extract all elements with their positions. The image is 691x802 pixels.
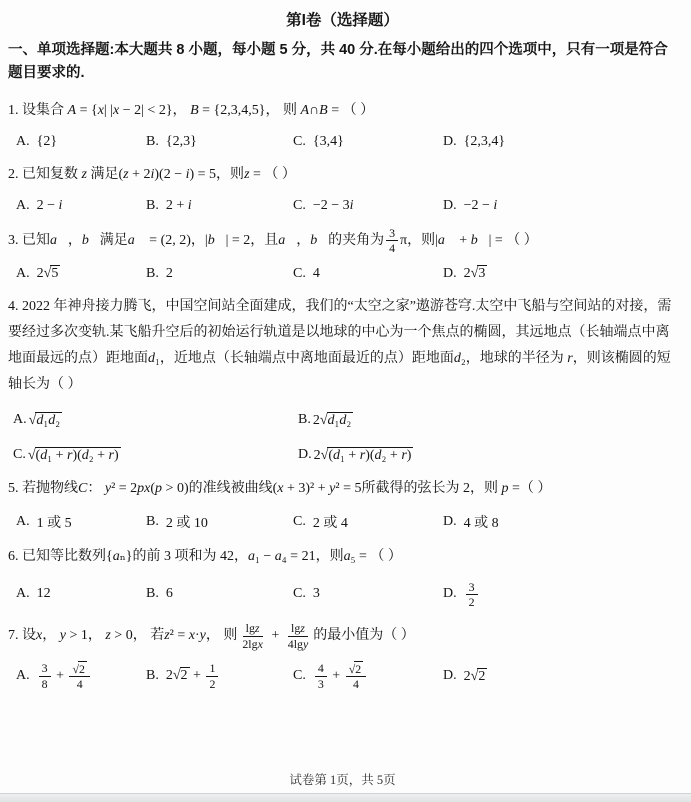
option-value: 2√2 + 12 bbox=[166, 661, 221, 691]
option-b: B.{2,3} bbox=[146, 134, 293, 150]
option-d: D.−2 − i bbox=[443, 198, 677, 214]
option-value: −2 − 3i bbox=[313, 198, 354, 214]
question-6: 6. 已知等比数列{aₙ}的前 3 项和为 42，a₁ − a₄ = 21，则a… bbox=[8, 532, 677, 609]
option-d: D.4 或 8 bbox=[443, 512, 677, 532]
option-label: A. bbox=[16, 514, 30, 530]
option-label: D. bbox=[298, 447, 312, 463]
option-label: D. bbox=[443, 134, 457, 150]
option-c: C.{3,4} bbox=[293, 134, 443, 150]
option-label: C. bbox=[293, 134, 306, 150]
question-5-stem: 5. 若抛物线C： y² = 2px(p > 0)的准线被曲线(x + 3)² … bbox=[8, 476, 677, 502]
question-7-options: A.38 + √24 B.2√2 + 12 C.43 + √24 D.2√2 bbox=[8, 661, 677, 692]
option-label: B. bbox=[146, 134, 159, 150]
option-label: B. bbox=[298, 412, 311, 428]
option-value: 3 bbox=[313, 586, 320, 602]
option-label: B. bbox=[146, 668, 159, 684]
question-2: 2. 已知复数 z 满足(z + 2i)(2 − i) = 5，则z = （ ）… bbox=[8, 150, 677, 214]
option-label: A. bbox=[16, 198, 30, 214]
option-a: A.12 bbox=[16, 586, 146, 602]
option-label: A. bbox=[16, 668, 30, 684]
option-label: C. bbox=[293, 514, 306, 530]
page-footer: 试卷第 1页，共 5页 bbox=[8, 770, 677, 793]
question-6-stem: 6. 已知等比数列{aₙ}的前 3 项和为 42，a₁ − a₄ = 21，则a… bbox=[8, 544, 677, 570]
option-value: 4 或 8 bbox=[464, 512, 499, 532]
option-value: 12 bbox=[37, 586, 51, 602]
option-label: B. bbox=[146, 266, 159, 282]
option-value: 2 或 10 bbox=[166, 512, 208, 532]
option-value: 2 或 4 bbox=[313, 512, 348, 532]
option-d: D.2√2 bbox=[443, 668, 677, 685]
question-3: 3. 已知a⃗，b⃗满足a⃗ = (2, 2)，|b⃗| = 2，且a⃗，b⃗的… bbox=[8, 214, 677, 283]
option-label: C. bbox=[293, 586, 306, 602]
option-value: 2√d₁d₂ bbox=[313, 412, 353, 429]
option-label: A. bbox=[16, 266, 30, 282]
option-label: C. bbox=[293, 668, 306, 684]
option-value: 2√(d₁ + r)(d₂ + r) bbox=[314, 447, 414, 464]
option-label: D. bbox=[443, 668, 457, 684]
question-3-options: A.2√5 B.2 C.4 D.2√3 bbox=[8, 265, 677, 282]
option-value: {2,3,4} bbox=[464, 134, 505, 150]
option-c: C.2 或 4 bbox=[293, 512, 443, 532]
question-5-options: A.1 或 5 B.2 或 10 C.2 或 4 D.4 或 8 bbox=[8, 512, 677, 532]
question-1-options: A.{2} B.{2,3} C.{3,4} D.{2,3,4} bbox=[8, 134, 677, 150]
option-value: {2} bbox=[37, 134, 57, 150]
question-7: 7. 设x， y > 1， z > 0， 若z² = x·y， 则lgz2lgx… bbox=[8, 609, 677, 691]
option-label: B. bbox=[146, 514, 159, 530]
option-value: 2 − i bbox=[37, 198, 63, 214]
option-c: C.−2 − 3i bbox=[293, 198, 443, 214]
option-d: D.2√3 bbox=[443, 265, 677, 282]
option-value: 2√2 bbox=[464, 668, 488, 685]
exam-page: 第I卷（选择题） 一、单项选择题:本大题共 8 小题，每小题 5 分，共 40 … bbox=[0, 0, 691, 793]
option-a: A.√d₁d₂ bbox=[13, 412, 298, 429]
option-value: −2 − i bbox=[464, 198, 498, 214]
option-label: A. bbox=[13, 412, 27, 428]
option-value: 4 bbox=[313, 266, 320, 282]
option-value: √(d₁ + r)(d₂ + r) bbox=[28, 447, 121, 464]
option-d: D.{2,3,4} bbox=[443, 134, 677, 150]
option-label: C. bbox=[293, 266, 306, 282]
option-b: B.2√d₁d₂ bbox=[298, 412, 677, 429]
option-value: 2 + i bbox=[166, 198, 192, 214]
option-value: {3,4} bbox=[313, 134, 344, 150]
question-4: 4. 2022 年神舟接力腾飞，中国空间站全面建成，我们的“太空之家”遨游苍穹.… bbox=[8, 282, 677, 464]
option-value: 43 + √24 bbox=[313, 661, 368, 692]
option-c: C.43 + √24 bbox=[293, 661, 443, 692]
option-label: B. bbox=[146, 198, 159, 214]
option-value: {2,3} bbox=[166, 134, 197, 150]
option-label: B. bbox=[146, 586, 159, 602]
option-a: A.{2} bbox=[16, 134, 146, 150]
option-value: 1 或 5 bbox=[37, 512, 72, 532]
option-value: 2√3 bbox=[464, 265, 488, 282]
question-1: 1. 设集合 A = {x| |x − 2| < 2}， B = {2,3,4,… bbox=[8, 86, 677, 150]
option-c: C.4 bbox=[293, 266, 443, 282]
option-label: A. bbox=[16, 586, 30, 602]
option-value: 32 bbox=[464, 580, 480, 610]
page-bottom-edge bbox=[0, 793, 691, 802]
question-2-stem: 2. 已知复数 z 满足(z + 2i)(2 − i) = 5，则z = （ ） bbox=[8, 162, 677, 188]
option-a: A.2 − i bbox=[16, 198, 146, 214]
question-3-stem: 3. 已知a⃗，b⃗满足a⃗ = (2, 2)，|b⃗| = 2，且a⃗，b⃗的… bbox=[8, 226, 677, 256]
page-title: 第I卷（选择题） bbox=[8, 8, 677, 30]
option-c: C.√(d₁ + r)(d₂ + r) bbox=[13, 447, 298, 464]
option-label: D. bbox=[443, 514, 457, 530]
question-1-stem: 1. 设集合 A = {x| |x − 2| < 2}， B = {2,3,4,… bbox=[8, 98, 677, 124]
option-d: D.2√(d₁ + r)(d₂ + r) bbox=[298, 447, 677, 464]
section-intro: 一、单项选择题:本大题共 8 小题，每小题 5 分，共 40 分.在每小题给出的… bbox=[8, 39, 677, 86]
option-value: 38 + √24 bbox=[37, 661, 92, 692]
option-d: D.32 bbox=[443, 580, 677, 610]
option-b: B.2√2 + 12 bbox=[146, 661, 293, 691]
option-value: 2√5 bbox=[37, 265, 61, 282]
option-b: B.2 + i bbox=[146, 198, 293, 214]
question-7-stem: 7. 设x， y > 1， z > 0， 若z² = x·y， 则lgz2lgx… bbox=[8, 621, 677, 651]
option-label: D. bbox=[443, 198, 457, 214]
option-b: B.2 bbox=[146, 266, 293, 282]
option-label: C. bbox=[13, 447, 26, 463]
option-a: A.1 或 5 bbox=[16, 512, 146, 532]
question-4-options: A.√d₁d₂ B.2√d₁d₂ C.√(d₁ + r)(d₂ + r) D.2… bbox=[8, 412, 677, 464]
option-value: 6 bbox=[166, 586, 173, 602]
option-label: A. bbox=[16, 134, 30, 150]
option-a: A.38 + √24 bbox=[16, 661, 146, 692]
option-a: A.2√5 bbox=[16, 265, 146, 282]
option-c: C.3 bbox=[293, 586, 443, 602]
option-b: B.6 bbox=[146, 586, 293, 602]
question-2-options: A.2 − i B.2 + i C.−2 − 3i D.−2 − i bbox=[8, 198, 677, 214]
option-label: D. bbox=[443, 266, 457, 282]
option-label: D. bbox=[443, 586, 457, 602]
option-b: B.2 或 10 bbox=[146, 512, 293, 532]
question-4-stem: 4. 2022 年神舟接力腾飞，中国空间站全面建成，我们的“太空之家”遨游苍穹.… bbox=[8, 294, 677, 398]
question-5: 5. 若抛物线C： y² = 2px(p > 0)的准线被曲线(x + 3)² … bbox=[8, 464, 677, 532]
option-value: 2 bbox=[166, 266, 173, 282]
question-6-options: A.12 B.6 C.3 D.32 bbox=[8, 580, 677, 610]
option-label: C. bbox=[293, 198, 306, 214]
option-value: √d₁d₂ bbox=[29, 412, 62, 429]
